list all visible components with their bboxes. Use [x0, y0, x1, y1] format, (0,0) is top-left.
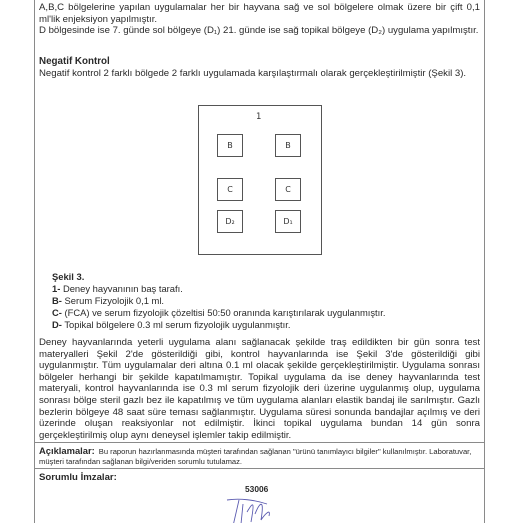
negative-control-heading: Negatif Kontrol — [39, 56, 110, 67]
method-paragraph: Deney hayvanlarında yeterli uygulama ala… — [39, 337, 480, 441]
signature-number: 53006 — [245, 484, 268, 494]
figure-cell-c-right: C — [275, 178, 301, 201]
figure-3-diagram: 1 B B C C D₂ D₁ — [198, 105, 322, 255]
legend-item: D- Topikal bölgelere 0.3 ml serum fizyol… — [52, 319, 385, 331]
figure-cell-d2: D₂ — [217, 210, 243, 233]
figure-caption: Şekil 3. — [52, 271, 385, 283]
notes-section: Açıklamalar:Bu raporun hazırlanmasında m… — [39, 446, 480, 467]
intro-line-d: D bölgesinde ise 7. günde sol bölgeye (D… — [39, 25, 480, 37]
intro-line-abc: A,B,C bölgelerine yapılan uygulamalar he… — [39, 2, 480, 25]
notes-label: Açıklamalar: — [39, 445, 95, 456]
legend-item: 1- Deney hayvanının baş tarafı. — [52, 283, 385, 295]
legend-item: B- Serum Fizyolojik 0,1 ml. — [52, 295, 385, 307]
figure-legend: Şekil 3. 1- Deney hayvanının baş tarafı.… — [52, 271, 385, 331]
figure-cell-b-right: B — [275, 134, 301, 157]
intro-paragraph: A,B,C bölgelerine yapılan uygulamalar he… — [39, 2, 480, 37]
divider — [34, 442, 485, 443]
notes-text: Bu raporun hazırlanmasında müşteri taraf… — [39, 447, 471, 466]
negative-control-text: Negatif kontrol 2 farklı bölgede 2 farkl… — [39, 68, 480, 80]
figure-cell-c-left: C — [217, 178, 243, 201]
figure-cell-b-left: B — [217, 134, 243, 157]
figure-cell-d1: D₁ — [275, 210, 301, 233]
signature-icon — [225, 494, 285, 523]
divider — [34, 468, 485, 469]
legend-item: C- (FCA) ve serum fizyolojik çözeltisi 5… — [52, 307, 385, 319]
signatures-title: Sorumlu İmzalar: — [39, 472, 117, 483]
figure-top-label: 1 — [256, 112, 261, 122]
